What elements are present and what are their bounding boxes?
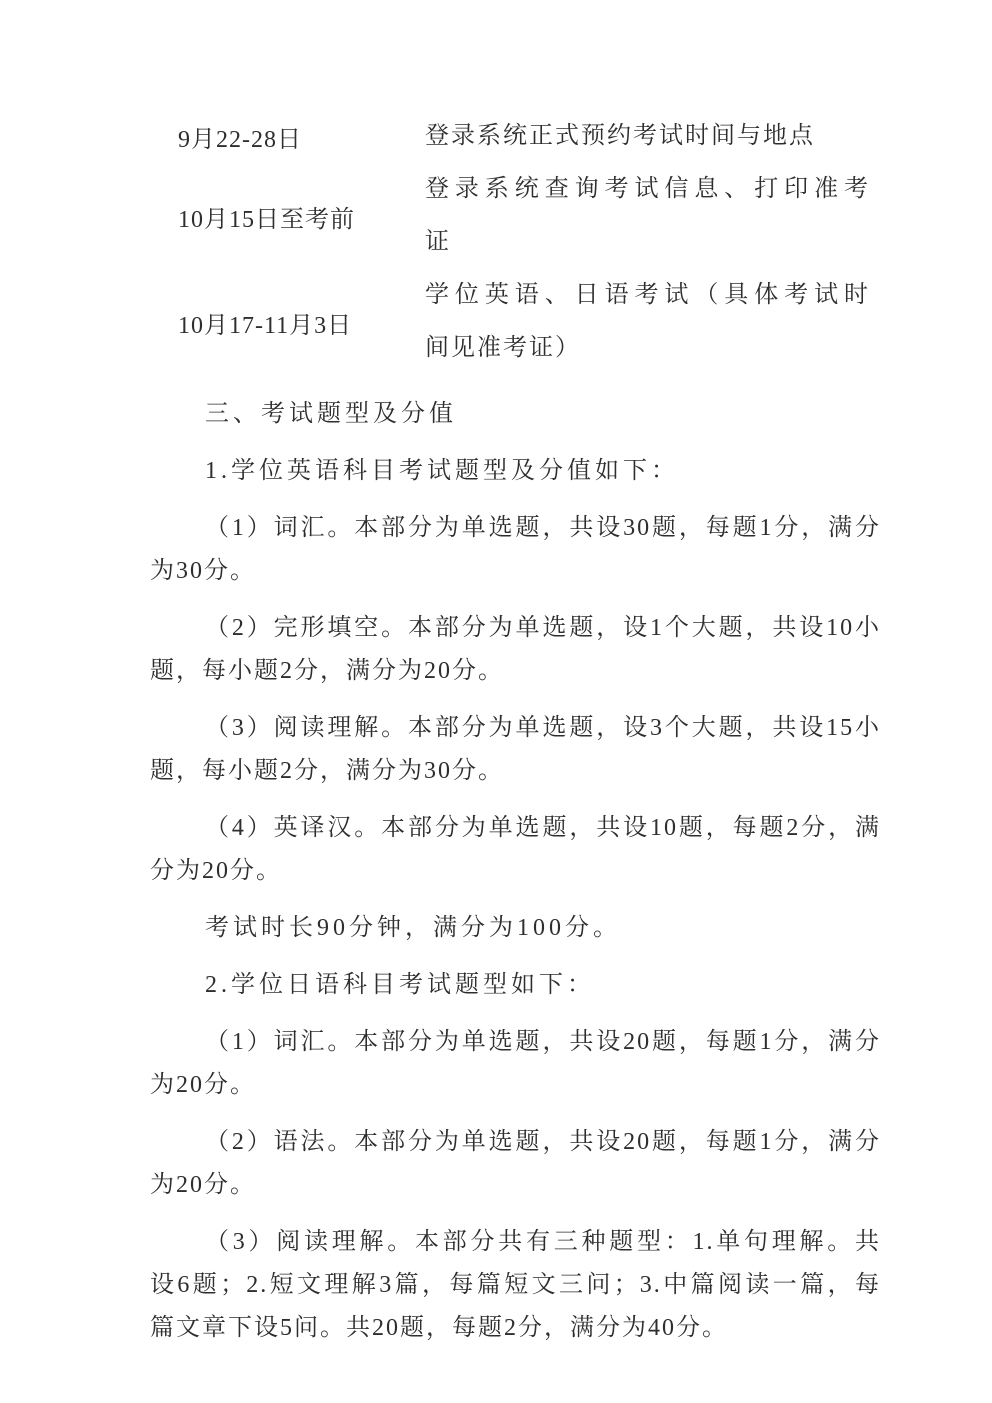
paragraph-line: （1）词汇。本部分为单选题，共设30题，每题1分，满分	[150, 507, 881, 550]
schedule-description-line: 学位英语、日语考试（具体考试时	[425, 269, 870, 322]
para-english-translation: （4）英译汉。本部分为单选题，共设10题，每题2分，满 分为20分。	[150, 807, 881, 893]
paragraph-line: （1）词汇。本部分为单选题，共设20题，每题1分，满分	[150, 1021, 881, 1064]
schedule-description-line: 登录系统正式预约考试时间与地点	[425, 110, 870, 163]
para-english-reading: （3）阅读理解。本部分为单选题，设3个大题，共设15小 题，每小题2分，满分为3…	[150, 707, 881, 793]
paragraph-line: 为20分。	[150, 1064, 881, 1107]
schedule-table: 9月22-28日 登录系统正式预约考试时间与地点 10月15日至考前 登录系统查…	[150, 110, 881, 375]
schedule-description-line: 登录系统查询考试信息、打印准考	[425, 163, 870, 216]
paragraph-line: 设6题；2.短文理解3篇，每篇短文三问；3.中篇阅读一篇，每	[150, 1264, 881, 1307]
section-heading: 三、考试题型及分值	[150, 393, 881, 436]
schedule-date-text: 10月15日至考前	[178, 199, 355, 234]
para-english-vocabulary: （1）词汇。本部分为单选题，共设30题，每题1分，满分 为30分。	[150, 507, 881, 593]
schedule-description-line: 间见准考证）	[425, 322, 870, 375]
schedule-date-text: 10月17-11月3日	[178, 305, 352, 340]
schedule-date-cell: 9月22-28日	[150, 110, 425, 163]
para-japanese-intro: 2.学位日语科目考试题型如下：	[150, 964, 881, 1007]
paragraph-line: 题，每小题2分，满分为20分。	[150, 650, 881, 693]
para-english-duration: 考试时长90分钟，满分为100分。	[150, 907, 881, 950]
schedule-date-cell: 10月15日至考前	[150, 163, 425, 269]
paragraph-line: 考试时长90分钟，满分为100分。	[150, 907, 881, 950]
page-content: 9月22-28日 登录系统正式预约考试时间与地点 10月15日至考前 登录系统查…	[0, 0, 992, 1350]
schedule-date-text: 9月22-28日	[178, 119, 302, 154]
paragraph-line: 为20分。	[150, 1164, 881, 1207]
para-japanese-reading: （3）阅读理解。本部分共有三种题型：1.单句理解。共 设6题；2.短文理解3篇，…	[150, 1221, 881, 1350]
paragraph-line: （3）阅读理解。本部分共有三种题型：1.单句理解。共	[150, 1221, 881, 1264]
section-heading-text: 三、考试题型及分值	[150, 393, 881, 436]
paragraph-line: 篇文章下设5问。共20题，每题2分，满分为40分。	[150, 1307, 881, 1350]
document-body: 三、考试题型及分值 1.学位英语科目考试题型及分值如下： （1）词汇。本部分为单…	[150, 393, 881, 1350]
schedule-date-cell: 10月17-11月3日	[150, 269, 425, 375]
paragraph-line: （4）英译汉。本部分为单选题，共设10题，每题2分，满	[150, 807, 881, 850]
schedule-row: 10月17-11月3日 学位英语、日语考试（具体考试时 间见准考证）	[150, 269, 881, 375]
para-english-cloze: （2）完形填空。本部分为单选题，设1个大题，共设10小 题，每小题2分，满分为2…	[150, 607, 881, 693]
para-english-intro: 1.学位英语科目考试题型及分值如下：	[150, 450, 881, 493]
para-japanese-grammar: （2）语法。本部分为单选题，共设20题，每题1分，满分 为20分。	[150, 1121, 881, 1207]
paragraph-line: 为30分。	[150, 550, 881, 593]
schedule-description-cell: 登录系统查询考试信息、打印准考 证	[425, 163, 870, 269]
schedule-description-line: 证	[425, 216, 870, 269]
paragraph-line: 2.学位日语科目考试题型如下：	[150, 964, 881, 1007]
paragraph-line: （2）语法。本部分为单选题，共设20题，每题1分，满分	[150, 1121, 881, 1164]
schedule-description-cell: 登录系统正式预约考试时间与地点	[425, 110, 870, 163]
paragraph-line: （3）阅读理解。本部分为单选题，设3个大题，共设15小	[150, 707, 881, 750]
schedule-description-cell: 学位英语、日语考试（具体考试时 间见准考证）	[425, 269, 870, 375]
document-page: 9月22-28日 登录系统正式预约考试时间与地点 10月15日至考前 登录系统查…	[0, 0, 992, 1403]
para-japanese-vocabulary: （1）词汇。本部分为单选题，共设20题，每题1分，满分 为20分。	[150, 1021, 881, 1107]
paragraph-line: （2）完形填空。本部分为单选题，设1个大题，共设10小	[150, 607, 881, 650]
schedule-row: 10月15日至考前 登录系统查询考试信息、打印准考 证	[150, 163, 881, 269]
schedule-row: 9月22-28日 登录系统正式预约考试时间与地点	[150, 110, 881, 163]
paragraph-line: 分为20分。	[150, 850, 881, 893]
paragraph-line: 题，每小题2分，满分为30分。	[150, 750, 881, 793]
paragraph-line: 1.学位英语科目考试题型及分值如下：	[150, 450, 881, 493]
